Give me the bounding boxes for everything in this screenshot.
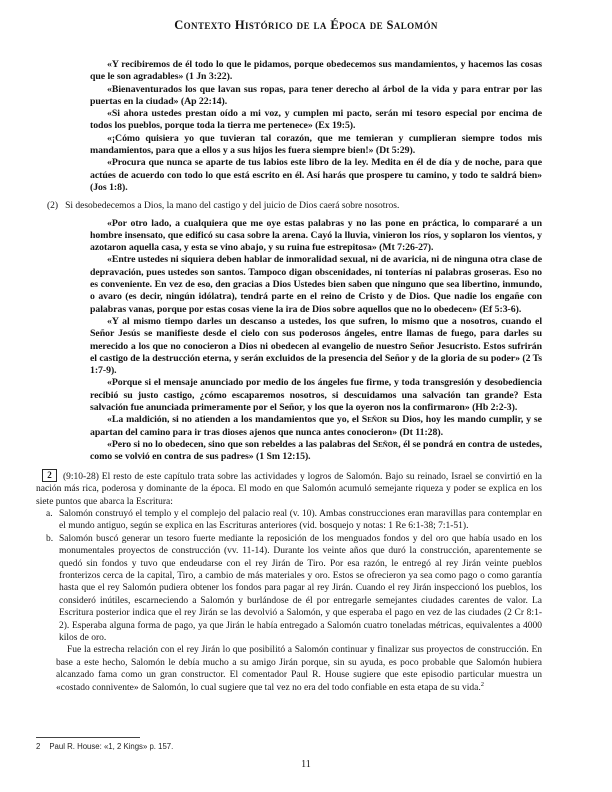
list-item-b: b.Salomón buscó generar un tesoro fuerte…	[36, 533, 542, 645]
numbered-item-2: (2)Si desobedecemos a Dios, la mano del …	[47, 200, 542, 212]
closing-paragraph: Fue la estrecha relación con el rey Jirá…	[36, 644, 542, 694]
quote-paragraph: «Entre ustedes ni siquiera deben hablar …	[90, 254, 542, 315]
quote-paragraph: «Porque si el mensaje anunciado por medi…	[90, 377, 542, 414]
footnote-ref: 2	[481, 681, 484, 688]
quote-paragraph: «La maldición, si no atienden a los mand…	[90, 414, 542, 439]
list-marker: b.	[46, 533, 53, 545]
quote-paragraph: «¡Cómo quisiera yo que tuvieran tal cora…	[90, 133, 542, 158]
footnote-separator	[36, 737, 140, 738]
page-number: 11	[0, 759, 612, 770]
item-text: Si desobedecemos a Dios, la mano del cas…	[65, 201, 399, 211]
section-2: 2(9:10-28) El resto de este capítulo tra…	[36, 470, 542, 695]
small-caps-lord: Señor	[362, 414, 387, 425]
quote-block-2: «Por otro lado, a cualquiera que me oye …	[36, 218, 542, 464]
list-item-text: Salomón buscó generar un tesoro fuerte m…	[59, 534, 542, 643]
footnote-text: Paul R. House: «1, 2 Kings» p. 157.	[49, 742, 173, 751]
list-marker: a.	[46, 508, 53, 520]
quote-paragraph: «Y al mismo tiempo darles un descanso a …	[90, 316, 542, 377]
quote-block-1: «Y recibiremos de él todo lo que le pida…	[36, 59, 542, 194]
quote-paragraph: «Si ahora ustedes prestan oído a mi voz,…	[90, 108, 542, 133]
quote-paragraph: «Procura que nunca se aparte de tus labi…	[90, 157, 542, 194]
quote-paragraph: «Y recibiremos de él todo lo que le pida…	[90, 59, 542, 84]
section-2-intro: 2(9:10-28) El resto de este capítulo tra…	[36, 470, 542, 509]
section-intro-text: (9:10-28) El resto de este capítulo trat…	[36, 472, 542, 507]
footnote-number: 2	[36, 742, 40, 751]
list-item-text: Salomón construyó el templo y el complej…	[59, 509, 542, 531]
list-item-a: a.Salomón construyó el templo y el compl…	[36, 508, 542, 533]
section-number-box: 2	[42, 469, 57, 482]
page-title: Contexto Histórico de la Época de Salomó…	[36, 14, 576, 33]
quote-paragraph: «Por otro lado, a cualquiera que me oye …	[90, 218, 542, 255]
small-caps-lord: Señor	[373, 439, 398, 450]
footnote-area: 2Paul R. House: «1, 2 Kings» p. 157.	[36, 737, 542, 751]
footnote: 2Paul R. House: «1, 2 Kings» p. 157.	[36, 742, 542, 751]
quote-paragraph: «Bienaventurados los que lavan sus ropas…	[90, 84, 542, 109]
document-page: Contexto Histórico de la Época de Salomó…	[0, 0, 612, 792]
item-marker: (2)	[47, 200, 58, 212]
quote-paragraph: «Pero si no lo obedecen, sino que son re…	[90, 439, 542, 464]
